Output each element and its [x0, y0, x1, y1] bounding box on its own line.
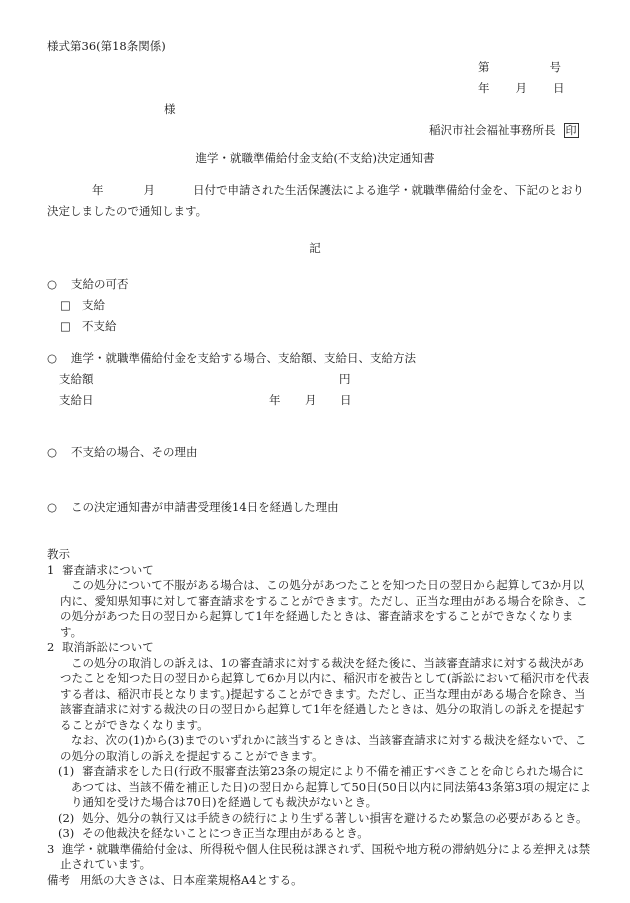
- option-pay-label: 支給: [82, 298, 105, 312]
- subitem-2: (2)処分、処分の執行又は手続きの続行により生ずる著しい損害を避けるため緊急の必…: [47, 811, 592, 827]
- subitem-3: (3)その他裁決を経ないことにつき正当な理由があるとき。: [47, 826, 592, 842]
- intro-line-1: 年月日付で申請された生活保護法による進学・就職準備給付金を、下記のとおり: [47, 182, 584, 198]
- document-title: 進学・就職準備給付金支給(不支給)決定通知書: [0, 150, 630, 166]
- seal-icon: 印: [564, 123, 579, 138]
- section-denial-reason: ○不支給の場合、その理由: [47, 444, 198, 460]
- remarks-text: 用紙の大きさは、日本産業規格A4とする。: [80, 873, 303, 887]
- item-2-body-1: この処分の取消しの訴えは、1の審査請求に対する裁決を経た後に、当該審査請求に対す…: [47, 656, 592, 734]
- issue-date-month: 月: [516, 81, 528, 95]
- item-2-body-2: なお、次の(1)から(3)までのいずれかに該当するときは、当該審査請求に対する裁…: [47, 733, 592, 764]
- ki-heading: 記: [0, 240, 630, 256]
- circle-bullet-icon: ○: [47, 350, 71, 366]
- item-2-title: 2取消訴訟について: [47, 640, 592, 656]
- instructions: 教示 1審査請求について この処分について不服がある場合は、この処分があつたこと…: [47, 547, 592, 888]
- section-delay-reason-label: この決定通知書が申請書受理後14日を経過した理由: [71, 500, 339, 514]
- form-number: 様式第36(第18条関係): [47, 38, 166, 54]
- number-prefix: 第: [478, 60, 490, 74]
- payment-date-day: 日: [340, 392, 352, 408]
- circle-bullet-icon: ○: [47, 499, 71, 515]
- item-3: 3進学・就職準備給付金は、所得税や個人住民税は課されず、国税や地方税の滞納処分に…: [47, 842, 592, 873]
- option-pay[interactable]: □支給: [60, 297, 105, 313]
- intro-text: 日付で申請された生活保護法による進学・就職準備給付金を、下記のとおり: [193, 183, 584, 197]
- checkbox-icon[interactable]: □: [60, 297, 82, 313]
- payment-date-month: 月: [305, 392, 317, 408]
- option-no-pay[interactable]: □不支給: [60, 318, 117, 334]
- issue-date-year: 年: [478, 81, 490, 95]
- payment-amount-label: 支給額: [59, 371, 94, 387]
- section-approval-label: 支給の可否: [71, 277, 129, 291]
- section-delay-reason: ○この決定通知書が申請書受理後14日を経過した理由: [47, 499, 339, 515]
- remarks: 備考用紙の大きさは、日本産業規格A4とする。: [47, 873, 592, 889]
- issuer: 稲沢市社会福祉事務所長印: [429, 122, 579, 138]
- remarks-label: 備考: [47, 873, 70, 887]
- checkbox-icon[interactable]: □: [60, 318, 82, 334]
- circle-bullet-icon: ○: [47, 276, 71, 292]
- circle-bullet-icon: ○: [47, 444, 71, 460]
- section-payment: ○進学・就職準備給付金を支給する場合、支給額、支給日、支給方法: [47, 350, 416, 366]
- item-1-title: 1審査請求について: [47, 563, 592, 579]
- issuer-name: 稲沢市社会福祉事務所長: [429, 123, 556, 137]
- payment-amount-unit: 円: [339, 371, 351, 387]
- instructions-heading: 教示: [47, 547, 592, 563]
- intro-month: 月: [144, 183, 156, 197]
- number-suffix: 号: [550, 60, 562, 74]
- option-no-pay-label: 不支給: [82, 319, 117, 333]
- item-1-body: この処分について不服がある場合は、この処分があつたことを知つた日の翌日から起算し…: [47, 578, 592, 640]
- section-denial-reason-label: 不支給の場合、その理由: [71, 445, 198, 459]
- section-payment-label: 進学・就職準備給付金を支給する場合、支給額、支給日、支給方法: [71, 351, 416, 365]
- intro-line-2: 決定しましたので通知します。: [47, 203, 207, 219]
- payment-date-label: 支給日: [59, 392, 94, 408]
- recipient-suffix: 様: [164, 101, 176, 117]
- intro-year: 年: [92, 183, 104, 197]
- subitem-1: (1)審査請求をした日(行政不服審査法第23条の規定により不備を補正すべきことを…: [47, 764, 592, 811]
- payment-date-year: 年: [269, 392, 281, 408]
- section-approval: ○支給の可否: [47, 276, 129, 292]
- document-number: 第号: [478, 59, 561, 75]
- issue-date: 年月日: [478, 80, 565, 96]
- issue-date-day: 日: [553, 81, 565, 95]
